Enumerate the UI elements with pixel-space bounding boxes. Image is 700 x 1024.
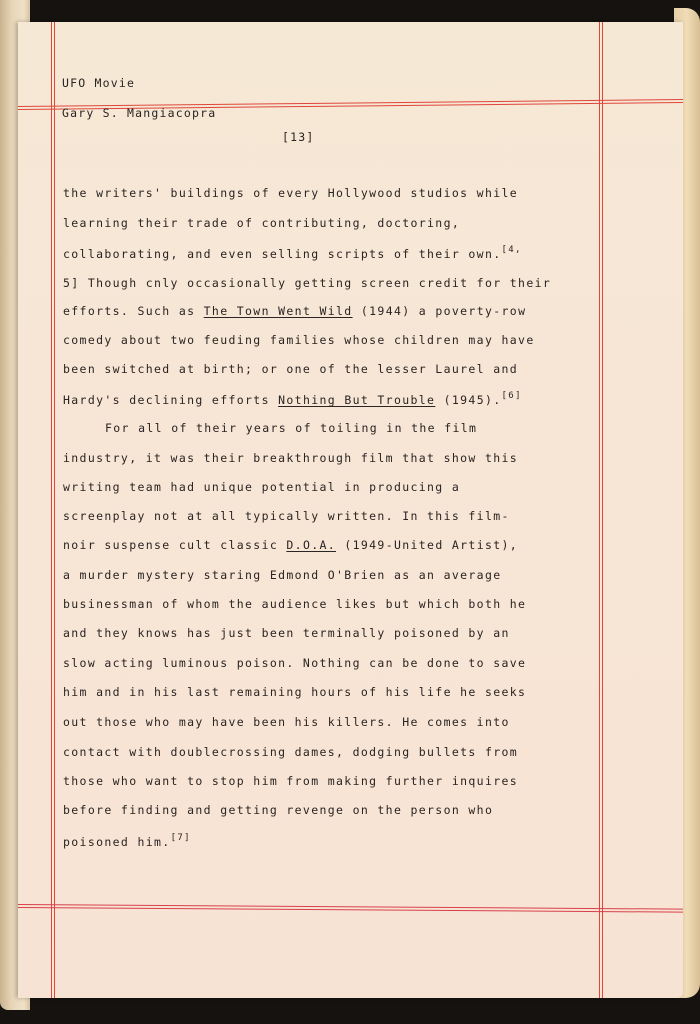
- body-line: him and in his last remaining hours of h…: [63, 685, 526, 699]
- page-number: [13]: [282, 130, 315, 144]
- body-line: industry, it was their breakthrough film…: [63, 451, 518, 465]
- body-text: poisoned him.: [63, 835, 171, 849]
- margin-rule: [602, 22, 603, 998]
- margin-rule: [599, 22, 600, 998]
- body-text: collaborating, and even selling scripts …: [63, 247, 502, 261]
- body-line: comedy about two feuding families whose …: [63, 333, 535, 347]
- document-title: UFO Movie: [62, 76, 135, 90]
- body-text: efforts. Such as: [63, 304, 204, 318]
- body-line: out those who may have been his killers.…: [63, 715, 510, 729]
- footnote-ref: [7]: [171, 833, 191, 843]
- body-text: (1945).: [435, 393, 501, 407]
- body-line: Hardy's declining efforts Nothing But Tr…: [63, 391, 522, 407]
- body-line: slow acting luminous poison. Nothing can…: [63, 656, 526, 670]
- body-line: a murder mystery staring Edmond O'Brien …: [63, 568, 502, 582]
- body-line: collaborating, and even selling scripts …: [63, 245, 522, 261]
- body-text: (1944) a poverty-row: [353, 304, 527, 318]
- body-line: businessman of whom the audience likes b…: [63, 597, 526, 611]
- body-line: the writers' buildings of every Hollywoo…: [63, 186, 518, 200]
- body-line: writing team had unique potential in pro…: [63, 480, 460, 494]
- body-text: (1949-United Artist),: [336, 538, 518, 552]
- film-title: D.O.A.: [286, 538, 336, 552]
- body-line: screenplay not at all typically written.…: [63, 509, 510, 523]
- footnote-ref: [4,: [502, 245, 522, 255]
- body-line: contact with doublecrossing dames, dodgi…: [63, 745, 518, 759]
- margin-rule: [54, 22, 55, 998]
- body-line: before finding and getting revenge on th…: [63, 803, 493, 817]
- body-line: been switched at birth; or one of the le…: [63, 362, 518, 376]
- body-line: 5] Though cnly occasionally getting scre…: [63, 276, 551, 290]
- body-line: poisoned him.[7]: [63, 833, 191, 849]
- body-line: and they knows has just been terminally …: [63, 626, 510, 640]
- body-line: learning their trade of contributing, do…: [63, 216, 460, 230]
- margin-rule: [51, 22, 52, 998]
- footnote-ref: [6]: [502, 391, 522, 401]
- body-line: efforts. Such as The Town Went Wild (194…: [63, 304, 526, 318]
- film-title: The Town Went Wild: [204, 304, 353, 318]
- body-line: noir suspense cult classic D.O.A. (1949-…: [63, 538, 518, 552]
- body-line: For all of their years of toiling in the…: [105, 421, 477, 435]
- body-line: those who want to stop him from making f…: [63, 774, 518, 788]
- film-title: Nothing But Trouble: [278, 393, 435, 407]
- body-text: Hardy's declining efforts: [63, 393, 278, 407]
- body-text: noir suspense cult classic: [63, 538, 286, 552]
- author-name: Gary S. Mangiacopra: [62, 106, 216, 120]
